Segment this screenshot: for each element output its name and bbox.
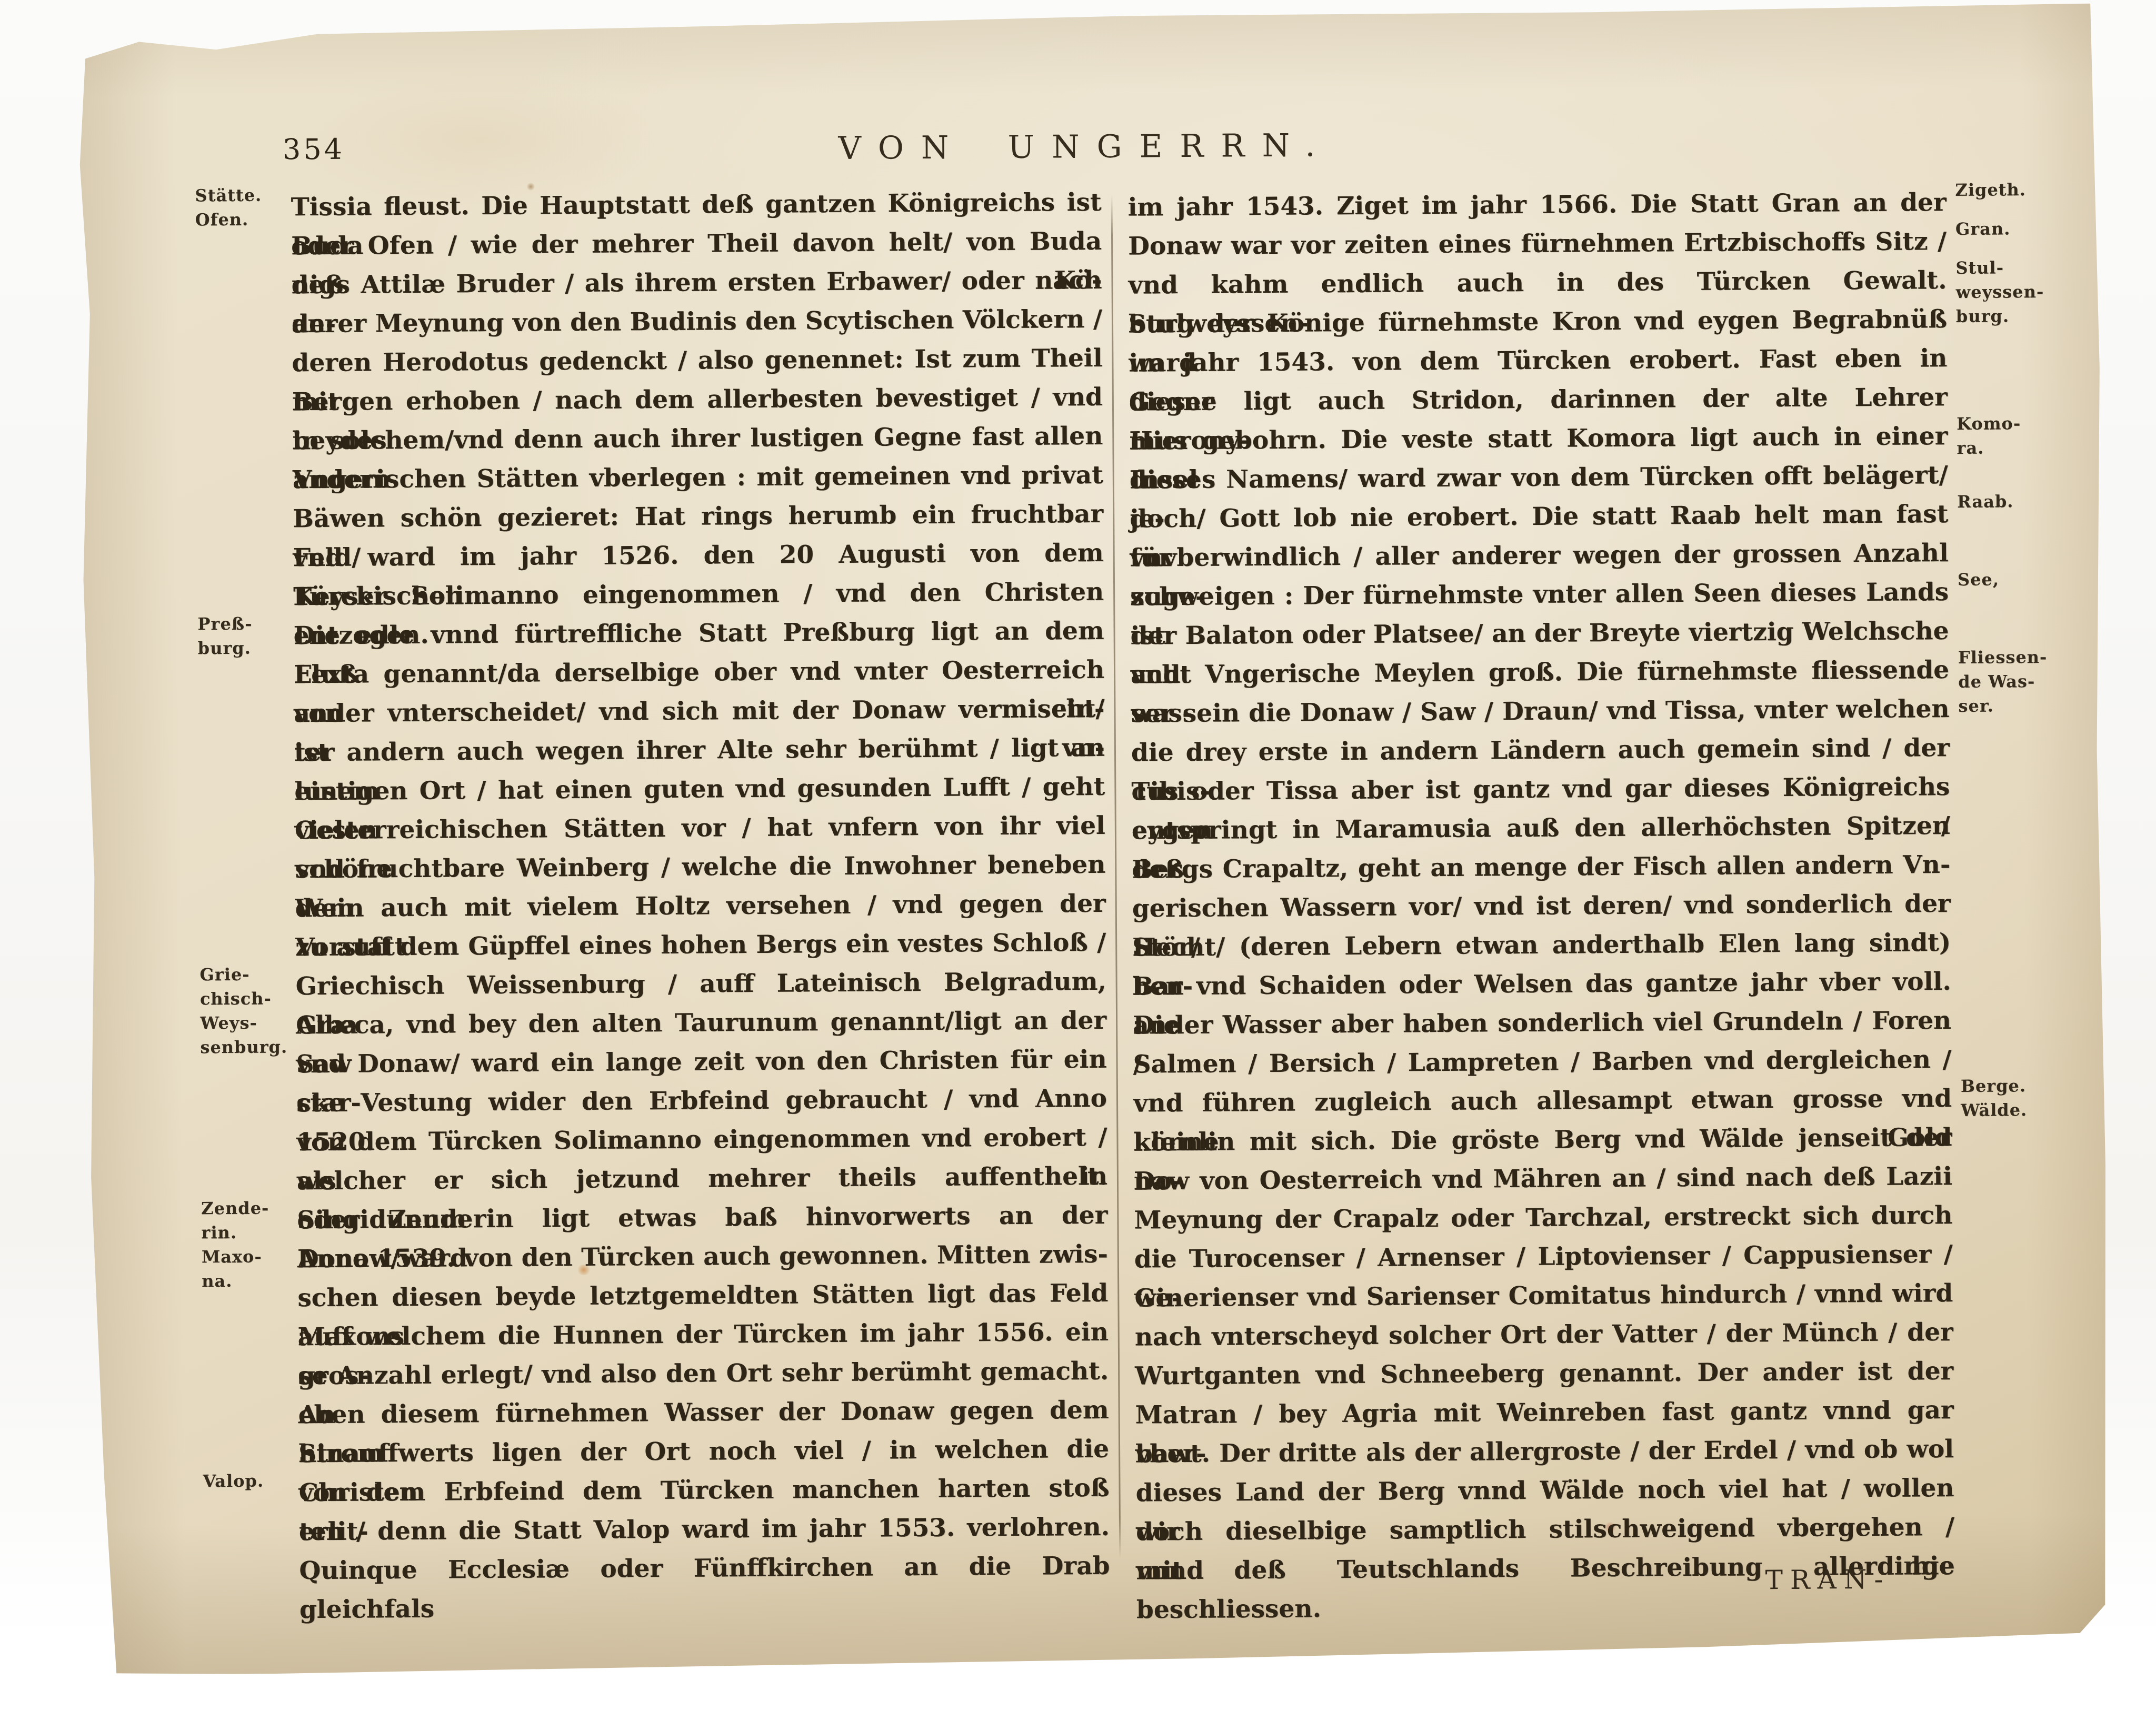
text-line: Gegne ligt auch Stridon, darinnen der al… [1129, 378, 1948, 422]
margin-note: Zigeth. [1955, 177, 2129, 202]
text-line: vnd kahm endlich auch in des Türcken Gew… [1128, 261, 1947, 305]
margin-note-line: Raab. [1957, 489, 2131, 514]
text-line: derer Meynung von den Budinis den Scytis… [292, 300, 1102, 344]
margin-note: Raab. [1957, 489, 2131, 514]
text-line: mus gebohrn. Die veste statt Komora ligt… [1129, 417, 1948, 461]
text-line: Matran / bey Agria mit Weinreben fast ga… [1135, 1391, 1953, 1435]
text-line: bawt. Der dritte als der allergroste / d… [1135, 1430, 1954, 1474]
margin-note-line: Gran. [1955, 216, 2129, 241]
margin-note-line: burg. [1956, 303, 2130, 329]
text-line: burg der Könige fürnehmste Kron vnd eyge… [1129, 300, 1947, 344]
text-line: ander Wasser aber haben sonderlich viel … [1133, 1001, 1951, 1045]
margin-note-line: burg. [198, 635, 372, 660]
text-line: dieses Land der Berg vnnd Wälde noch vie… [1135, 1469, 1954, 1513]
margin-note-line: weyssen- [1956, 279, 2130, 304]
text-line: ter andern auch wegen ihrer Alte sehr be… [294, 729, 1105, 772]
margin-note: Stätte.Ofen. [195, 182, 369, 232]
text-line: oder Ofen / wie der mehrer Theil davon h… [291, 222, 1102, 266]
text-line: Wurtganten vnd Schneeberg genannt. Der a… [1135, 1352, 1953, 1396]
margin-note: Valop. [203, 1468, 376, 1493]
margin-note-line: senburg. [200, 1034, 374, 1059]
text-line: Quinque Ecclesiæ oder Fünffkirchen an di… [299, 1547, 1110, 1590]
text-line: Græca, vnd bey den alten Taurunum genann… [296, 1001, 1106, 1045]
text-line: eben diesem fürnehmen Wasser der Donaw g… [298, 1391, 1109, 1435]
text-line: Anno 1539. von den Türcken auch gewonnen… [297, 1235, 1108, 1279]
text-line: deren Herodotus gedenckt / also genennet… [292, 339, 1102, 383]
text-line: Bäwen schön gezieret: Hat rings herumb e… [293, 495, 1103, 539]
text-line: körnlin mit sich. Die gröste Berg vnd Wä… [1133, 1118, 1952, 1162]
catchword: TRAN- [1765, 1563, 2039, 1595]
margin-note-line: Wälde. [1961, 1097, 2134, 1122]
text-line: im jahr 1543. von dem Türcken erobert. F… [1129, 339, 1947, 383]
text-line: se Anzahl erlegt/ vnd also den Ort sehr … [298, 1352, 1109, 1396]
margin-note-line: Grie- [199, 961, 373, 987]
text-line: Donaw war vor zeiten eines fürnehmen Ert… [1128, 222, 1947, 266]
text-line: Meynung der Crapalz oder Tarchzal, erstr… [1134, 1196, 1952, 1240]
text-line: cus oder Tissa aber ist gantz vnd gar di… [1131, 768, 1950, 811]
text-line: cke Vestung wider den Erbfeind gebraucht… [296, 1079, 1107, 1123]
text-line: winerienser vnd Sarienser Comitatus hind… [1134, 1274, 1953, 1318]
margin-note-line: ser. [1958, 693, 2132, 718]
margin-note-line: na. [202, 1268, 375, 1293]
page-content: 354 VON UNGERRN. Tissia fleust. Die Haup… [74, 3, 2110, 1675]
text-line: Tissia fleust. Die Hauptstatt deß gantze… [291, 183, 1101, 227]
margin-note-line: See, [1958, 566, 2131, 592]
margin-note-line: Maxo- [202, 1244, 375, 1269]
text-line: hinauffwerts ligen der Ort noch viel / i… [298, 1430, 1109, 1474]
text-line: welcher er sich jetzund mehrer theils au… [297, 1157, 1107, 1201]
text-line: im jahr 1543. Ziget im jahr 1566. Die St… [1127, 183, 1946, 227]
right-text-column: im jahr 1543. Ziget im jahr 1566. Die St… [1127, 183, 1954, 1590]
margin-note: Stul-weyssen-burg. [1955, 255, 2130, 329]
text-line: Bergs Crapaltz, geht an menge der Fisch … [1132, 846, 1950, 889]
margin-note: See, [1958, 566, 2131, 592]
margin-note: Preß-burg. [197, 611, 372, 660]
margin-note-line: Stul- [1955, 255, 2129, 280]
text-line: nigs Attilæ Bruder / als ihrem ersten Er… [291, 261, 1102, 305]
text-line: Hecht/ (deren Lebern etwan anderthalb El… [1132, 923, 1951, 967]
margin-note-line: chisch- [200, 986, 374, 1011]
text-line: schen diesen beyde letztgemeldten Stätte… [297, 1274, 1108, 1318]
text-line: Vngerischen Stätten vberlegen : mit geme… [293, 456, 1103, 500]
text-line: vnvberwindlich / aller anderer wegen der… [1130, 534, 1949, 578]
text-line: Oesterreichischen Stätten vor / hat vnfe… [295, 807, 1105, 850]
margin-note: Gran. [1955, 216, 2129, 241]
paper: 354 VON UNGERRN. Tissia fleust. Die Haup… [74, 3, 2110, 1675]
margin-note-line: Komo- [1957, 411, 2130, 436]
text-line: lustigen Ort / hat einen guten vnd gesun… [294, 768, 1105, 811]
margin-note-line: Berge. [1961, 1073, 2134, 1098]
margin-note-line: Fliessen- [1958, 644, 2132, 670]
column-divider-rule [1111, 195, 1121, 1558]
text-line: vnd ward im jahr 1526. den 20 Augusti vo… [293, 534, 1103, 578]
margin-note-line: Valop. [203, 1468, 376, 1493]
text-line: naw von Oesterreich vnd Mähren an / sind… [1134, 1157, 1952, 1201]
margin-note-line: Preß- [197, 611, 371, 636]
left-margin-notes: Stätte.Ofen.Preß-burg.Grie-chisch-Weys-s… [195, 187, 368, 188]
margin-note-line: Ofen. [195, 206, 369, 232]
text-line: oder Zenderin ligt etwas baß hinvorwerts… [297, 1196, 1107, 1240]
margin-note: Berge.Wälde. [1961, 1073, 2135, 1122]
text-line: die Turocenser / Arnenser / Liptovienser… [1134, 1235, 1953, 1279]
text-line: die drey erste in andern Ländern auch ge… [1131, 729, 1950, 772]
margin-note: Fliessen-de Was-ser. [1958, 644, 2132, 718]
text-line: Wein auch mit vielem Holtz versehen / vn… [295, 884, 1106, 928]
text-line: Bergen erhoben / nach dem allerbesten be… [292, 378, 1103, 422]
text-line: entspringt in Maramusia auß den allerhöc… [1132, 807, 1950, 850]
text-line: schweigen : Der fürnehmste vnter allen S… [1130, 573, 1949, 617]
text-line: in solchem/vnd denn auch ihrer lustigen … [292, 417, 1103, 461]
text-line: zu auff dem Güpffel eines hohen Bergs ei… [295, 923, 1106, 967]
text-line: dieses Namens/ ward zwar von dem Türcken… [1130, 456, 1948, 500]
text-line: der Balaton oder Platsee/ an der Breyte … [1130, 612, 1949, 655]
margin-note-line: Weys- [200, 1010, 374, 1035]
text-line: Griechisch Weissenburg / auff Lateinisch… [295, 962, 1106, 1006]
right-margin-notes: Zigeth.Gran.Stul-weyssen-burg.Komo-ra.Ra… [1955, 182, 2129, 183]
text-line: acht Vngerische Meylen groß. Die fürnehm… [1131, 651, 1949, 694]
left-text-column: Tissia fleust. Die Hauptstatt deß gantze… [291, 183, 1110, 1590]
text-line: Keyser Solimanno eingenommen / vnd den C… [293, 573, 1104, 617]
text-line: vnd führen zugleich auch allesampt etwan… [1133, 1079, 1952, 1123]
text-line: Salmen / Bersich / Lampreten / Barben vn… [1133, 1040, 1951, 1084]
text-line: ander vnterscheidet/ vnd sich mit der Do… [294, 690, 1104, 733]
margin-note-line: Zigeth. [1955, 177, 2129, 202]
text-line: ben vnd Schaiden oder Welsen das gantze … [1132, 962, 1951, 1006]
margin-note-line: Zende- [201, 1195, 375, 1220]
text-line: vnd fruchtbare Weinberg / welche die Inw… [295, 846, 1105, 889]
margin-note: Komo-ra. [1957, 411, 2131, 460]
margin-note-line: ra. [1957, 435, 2130, 460]
text-line: von dem Erbfeind dem Türcken manchen har… [298, 1469, 1109, 1513]
margin-note-line: rin. [201, 1219, 375, 1245]
text-line: auff welchem die Hunnen der Türcken im j… [298, 1313, 1109, 1357]
text-line: Die edle vnnd fürtreffliche Statt Preßbu… [293, 612, 1104, 655]
text-line: gerischen Wassern vor/ vnd ist deren/ vn… [1132, 884, 1951, 928]
margin-note: Zende-rin.Maxo-na. [201, 1195, 375, 1293]
text-line: doch dieselbige samptlich stilschweigend… [1136, 1508, 1954, 1552]
page-title: VON UNGERRN. [612, 126, 1559, 168]
text-line: vnd Donaw/ ward ein lange zeit von den C… [296, 1040, 1106, 1084]
text-line: ser sein die Donaw / Saw / Draun/ vnd Ti… [1131, 690, 1949, 733]
photo-background: 354 VON UNGERRN. Tissia fleust. Die Haup… [0, 0, 2156, 1710]
text-line: doch/ Gott lob nie erobert. Die statt Ra… [1130, 495, 1948, 539]
margin-note-line: Stätte. [195, 182, 368, 207]
page-number: 354 [283, 133, 345, 166]
text-line: von dem Türcken Solimanno eingenommen vn… [296, 1118, 1107, 1162]
margin-note: Grie-chisch-Weys-senburg. [199, 961, 374, 1059]
margin-note-line: de Was- [1958, 669, 2132, 694]
text-line: ten / denn die Statt Valop ward im jahr … [299, 1508, 1110, 1552]
text-line: Lexta genannt/da derselbige ober vnd vnt… [294, 651, 1104, 694]
text-line: nach vnterscheyd solcher Ort der Vatter … [1135, 1313, 1953, 1357]
